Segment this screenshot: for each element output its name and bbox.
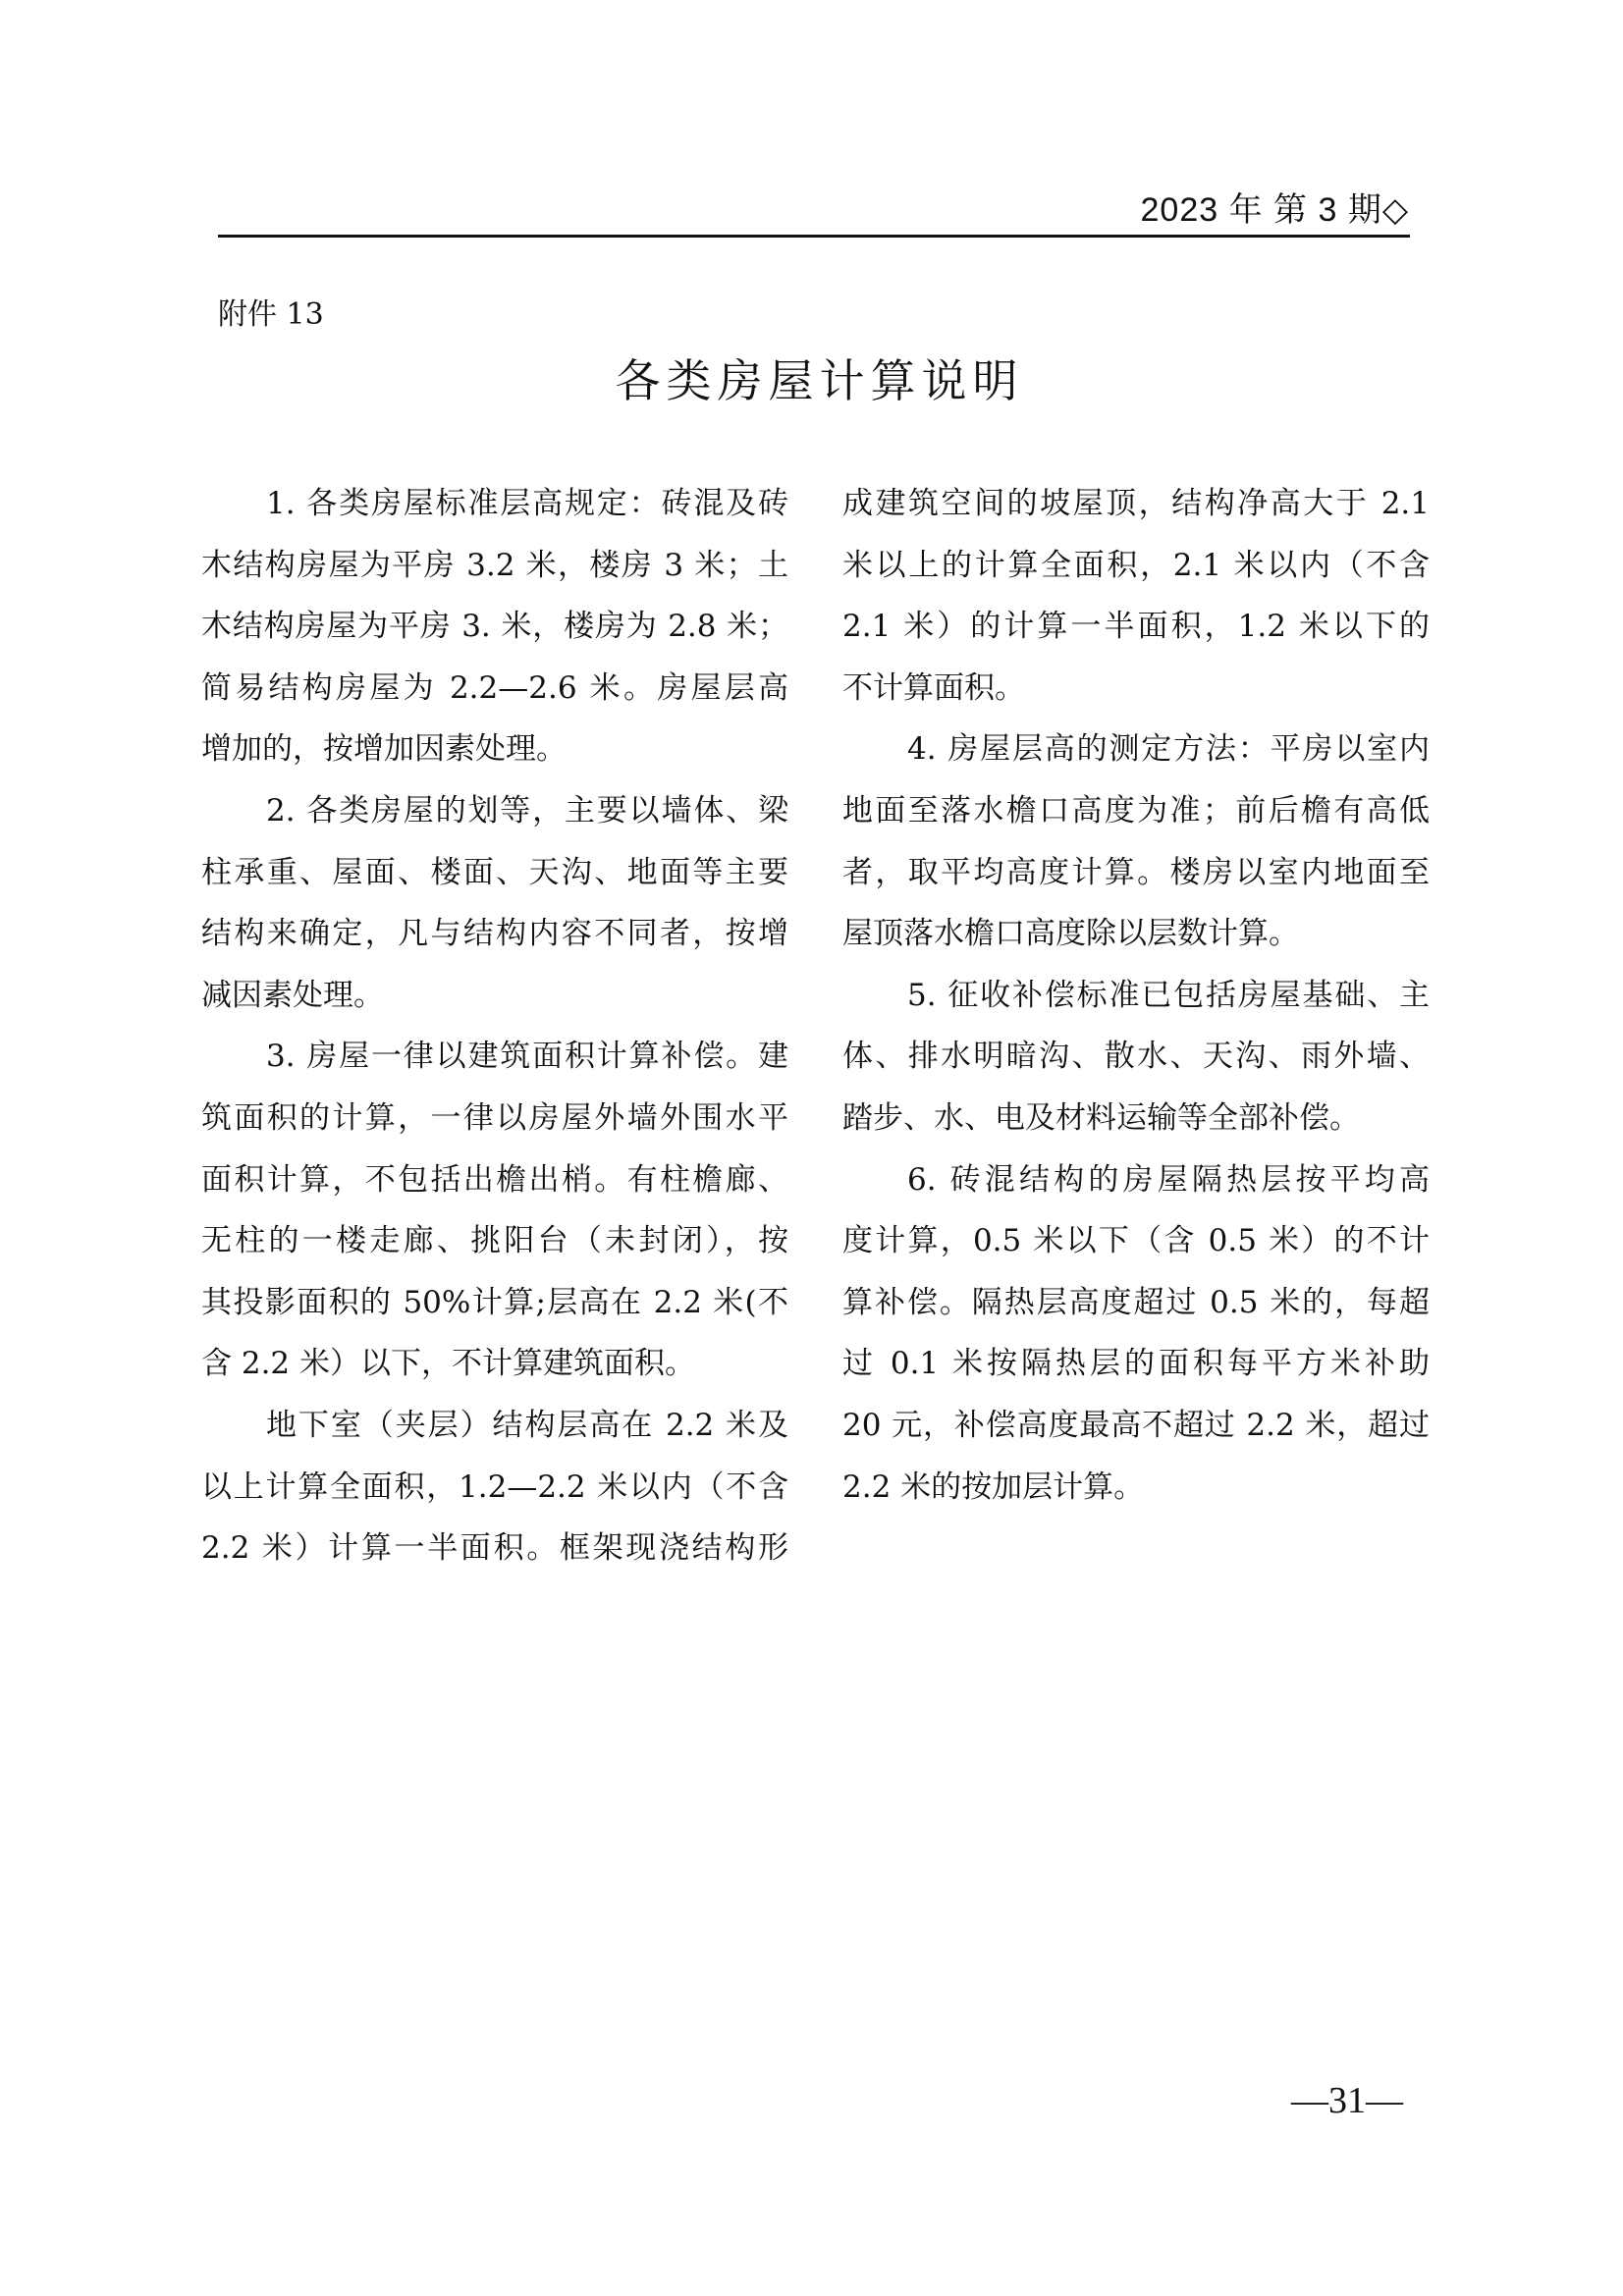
text-line: 度计算，0.5 米以下（含 0.5 米）的不计 <box>842 1210 1430 1272</box>
text-line: 结构来确定，凡与结构内容不同者，按增 <box>201 903 788 965</box>
text-line: 者，取平均高度计算。楼房以室内地面至 <box>842 842 1430 904</box>
header-rule-divider <box>218 235 1410 238</box>
text-line: 木结构房屋为平房 3.2 米，楼房 3 米；土 <box>201 535 788 597</box>
text-line: 以上计算全面积，1.2—2.2 米以内（不含 <box>201 1457 788 1519</box>
text-line: 2.2 米的按加层计算。 <box>842 1457 1430 1519</box>
text-line: 1. 各类房屋标准层高规定：砖混及砖 <box>201 473 788 535</box>
text-line: 算补偿。隔热层高度超过 0.5 米的，每超 <box>842 1272 1430 1334</box>
text-line: 成建筑空间的坡屋顶，结构净高大于 2.1 <box>842 473 1430 535</box>
text-line: 过 0.1 米按隔热层的面积每平方米补助 <box>842 1333 1430 1395</box>
text-line: 4. 房屋层高的测定方法：平房以室内 <box>842 719 1430 780</box>
left-column: 1. 各类房屋标准层高规定：砖混及砖木结构房屋为平房 3.2 米，楼房 3 米；… <box>201 473 788 1579</box>
text-line: 面积计算，不包括出檐出梢。有柱檐廊、 <box>201 1149 788 1211</box>
text-line: 3. 房屋一律以建筑面积计算补偿。建 <box>201 1026 788 1088</box>
text-line: 6. 砖混结构的房屋隔热层按平均高 <box>842 1149 1430 1211</box>
text-line: 柱承重、屋面、楼面、天沟、地面等主要 <box>201 842 788 904</box>
text-line: 其投影面积的 50%计算;层高在 2.2 米(不 <box>201 1272 788 1334</box>
page-number: —31— <box>1291 2079 1403 2122</box>
text-line: 地面至落水檐口高度为准；前后檐有高低 <box>842 780 1430 842</box>
text-line: 含 2.2 米）以下，不计算建筑面积。 <box>201 1333 788 1395</box>
text-line: 踏步、水、电及材料运输等全部补偿。 <box>842 1088 1430 1149</box>
text-line: 5. 征收补偿标准已包括房屋基础、主 <box>842 965 1430 1027</box>
text-line: 2.1 米）的计算一半面积，1.2 米以下的 <box>842 596 1430 658</box>
text-line: 20 元，补偿高度最高不超过 2.2 米，超过 <box>842 1395 1430 1457</box>
text-line: 筑面积的计算，一律以房屋外墙外围水平 <box>201 1088 788 1149</box>
text-line: 不计算面积。 <box>842 658 1430 720</box>
text-line: 体、排水明暗沟、散水、天沟、雨外墙、 <box>842 1026 1430 1088</box>
issue-header: 2023 年 第 3 期◇ <box>1141 183 1409 231</box>
text-line: 屋顶落水檐口高度除以层数计算。 <box>842 903 1430 965</box>
text-line: 2. 各类房屋的划等，主要以墙体、梁 <box>201 780 788 842</box>
text-line: 减因素处理。 <box>201 965 788 1027</box>
attachment-label: 附件 13 <box>218 290 324 333</box>
right-column: 成建筑空间的坡屋顶，结构净高大于 2.1米以上的计算全面积，2.1 米以内（不含… <box>842 473 1430 1518</box>
text-line: 增加的，按增加因素处理。 <box>201 719 788 780</box>
text-line: 米以上的计算全面积，2.1 米以内（不含 <box>842 535 1430 597</box>
text-line: 木结构房屋为平房 3. 米，楼房为 2.8 米； <box>201 596 788 658</box>
text-line: 简易结构房屋为 2.2—2.6 米。房屋层高 <box>201 658 788 720</box>
page-title: 各类房屋计算说明 <box>0 346 1623 410</box>
text-line: 2.2 米）计算一半面积。框架现浇结构形 <box>201 1518 788 1579</box>
text-line: 地下室（夹层）结构层高在 2.2 米及 <box>201 1395 788 1457</box>
text-line: 无柱的一楼走廊、挑阳台（未封闭），按 <box>201 1210 788 1272</box>
